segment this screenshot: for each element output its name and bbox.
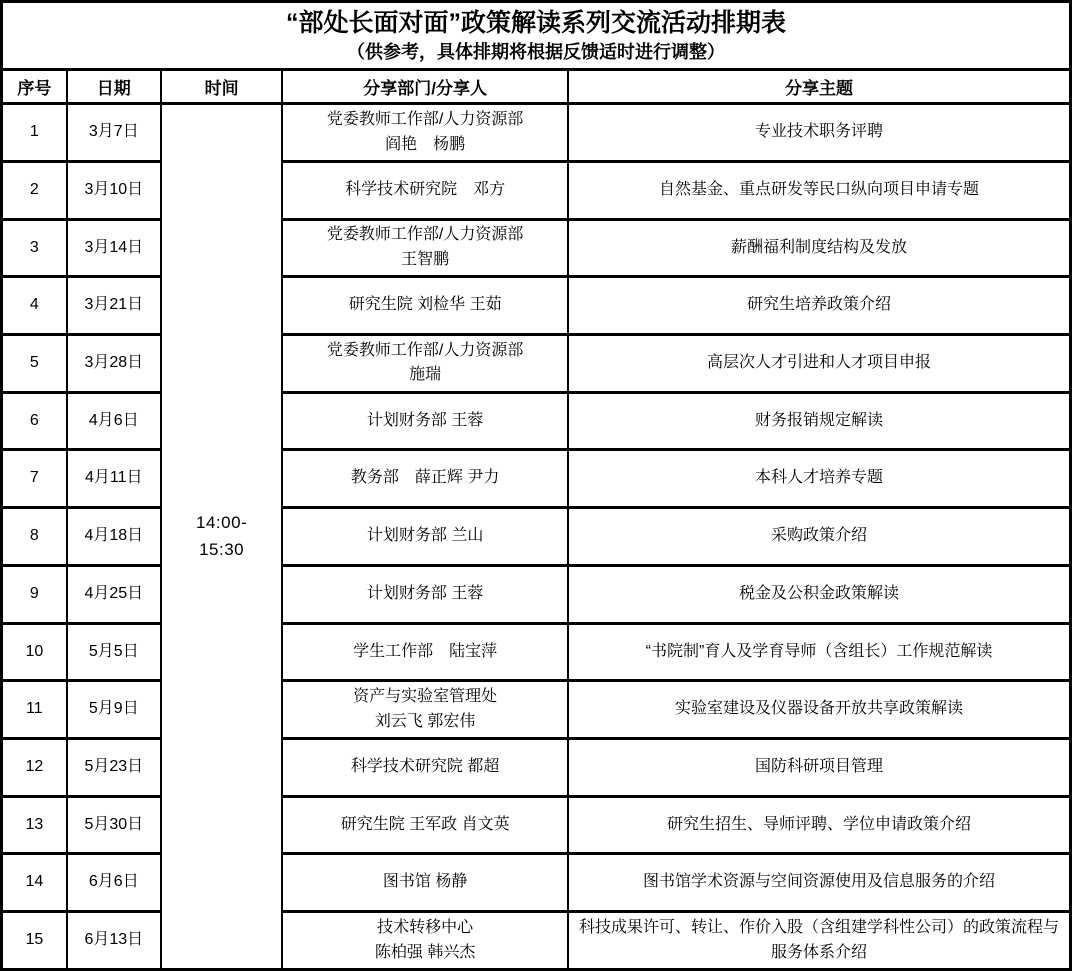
cell-time: 14:00- 15:30: [161, 104, 282, 970]
cell-topic: 图书馆学术资源与空间资源使用及信息服务的介绍: [568, 854, 1070, 912]
cell-date: 3月7日: [67, 104, 161, 162]
cell-topic: 自然基金、重点研发等民口纵向项目申请专题: [568, 161, 1070, 219]
schedule-table: “部处长面对面”政策解读系列交流活动排期表 （供参考，具体排期将根据反馈适时进行…: [0, 0, 1072, 971]
cell-dept: 科学技术研究院 都超: [282, 739, 568, 797]
cell-date: 4月18日: [67, 508, 161, 566]
cell-dept: 研究生院 王军政 肖文英: [282, 796, 568, 854]
cell-dept: 计划财务部 王蓉: [282, 565, 568, 623]
page-title: “部处长面对面”政策解读系列交流活动排期表: [11, 7, 1061, 41]
schedule-page: “部处长面对面”政策解读系列交流活动排期表 （供参考，具体排期将根据反馈适时进行…: [0, 0, 1072, 971]
cell-topic: “书院制”育人及学育导师（含组长）工作规范解读: [568, 623, 1070, 681]
cell-topic: 采购政策介绍: [568, 508, 1070, 566]
title-cell: “部处长面对面”政策解读系列交流活动排期表 （供参考，具体排期将根据反馈适时进行…: [2, 2, 1071, 70]
cell-date: 4月6日: [67, 392, 161, 450]
cell-date: 3月14日: [67, 219, 161, 277]
cell-date: 5月5日: [67, 623, 161, 681]
cell-dept: 党委教师工作部/人力资源部 施瑞: [282, 335, 568, 393]
cell-topic: 科技成果许可、转让、作价入股（含组建学科性公司）的政策流程与服务体系介绍: [568, 912, 1070, 970]
cell-dept: 科学技术研究院 邓方: [282, 161, 568, 219]
cell-dept: 资产与实验室管理处 刘云飞 郭宏伟: [282, 681, 568, 739]
cell-dept: 计划财务部 兰山: [282, 508, 568, 566]
cell-date: 6月6日: [67, 854, 161, 912]
cell-topic: 国防科研项目管理: [568, 739, 1070, 797]
col-header-time: 时间: [161, 70, 282, 104]
cell-no: 1: [2, 104, 67, 162]
cell-topic: 研究生招生、导师评聘、学位申请政策介绍: [568, 796, 1070, 854]
col-header-no: 序号: [2, 70, 67, 104]
cell-no: 6: [2, 392, 67, 450]
cell-dept: 学生工作部 陆宝萍: [282, 623, 568, 681]
cell-dept: 教务部 薛正辉 尹力: [282, 450, 568, 508]
page-subtitle: （供参考，具体排期将根据反馈适时进行调整）: [11, 41, 1061, 64]
cell-dept: 研究生院 刘检华 王茹: [282, 277, 568, 335]
cell-dept: 图书馆 杨静: [282, 854, 568, 912]
cell-topic: 实验室建设及仪器设备开放共享政策解读: [568, 681, 1070, 739]
cell-no: 9: [2, 565, 67, 623]
cell-date: 4月11日: [67, 450, 161, 508]
col-header-topic: 分享主题: [568, 70, 1070, 104]
cell-no: 10: [2, 623, 67, 681]
cell-topic: 薪酬福利制度结构及发放: [568, 219, 1070, 277]
cell-dept: 党委教师工作部/人力资源部 王智鹏: [282, 219, 568, 277]
cell-no: 4: [2, 277, 67, 335]
cell-date: 3月10日: [67, 161, 161, 219]
cell-no: 8: [2, 508, 67, 566]
cell-date: 5月9日: [67, 681, 161, 739]
cell-topic: 研究生培养政策介绍: [568, 277, 1070, 335]
cell-no: 7: [2, 450, 67, 508]
cell-no: 2: [2, 161, 67, 219]
cell-no: 11: [2, 681, 67, 739]
cell-date: 4月25日: [67, 565, 161, 623]
cell-topic: 高层次人才引进和人才项目申报: [568, 335, 1070, 393]
cell-dept: 技术转移中心 陈柏强 韩兴杰: [282, 912, 568, 970]
col-header-dept: 分享部门/分享人: [282, 70, 568, 104]
cell-date: 5月30日: [67, 796, 161, 854]
cell-no: 15: [2, 912, 67, 970]
cell-no: 12: [2, 739, 67, 797]
cell-date: 3月28日: [67, 335, 161, 393]
header-row: 序号 日期 时间 分享部门/分享人 分享主题: [2, 70, 1071, 104]
cell-topic: 财务报销规定解读: [568, 392, 1070, 450]
title-row: “部处长面对面”政策解读系列交流活动排期表 （供参考，具体排期将根据反馈适时进行…: [2, 2, 1071, 70]
cell-no: 5: [2, 335, 67, 393]
cell-date: 5月23日: [67, 739, 161, 797]
col-header-date: 日期: [67, 70, 161, 104]
cell-topic: 本科人才培养专题: [568, 450, 1070, 508]
cell-topic: 专业技术职务评聘: [568, 104, 1070, 162]
cell-dept: 党委教师工作部/人力资源部 阎艳 杨鹏: [282, 104, 568, 162]
cell-topic: 税金及公积金政策解读: [568, 565, 1070, 623]
table-row: 1 3月7日 14:00- 15:30 党委教师工作部/人力资源部 阎艳 杨鹏 …: [2, 104, 1071, 162]
cell-date: 3月21日: [67, 277, 161, 335]
cell-no: 13: [2, 796, 67, 854]
cell-date: 6月13日: [67, 912, 161, 970]
cell-dept: 计划财务部 王蓉: [282, 392, 568, 450]
cell-no: 3: [2, 219, 67, 277]
cell-no: 14: [2, 854, 67, 912]
